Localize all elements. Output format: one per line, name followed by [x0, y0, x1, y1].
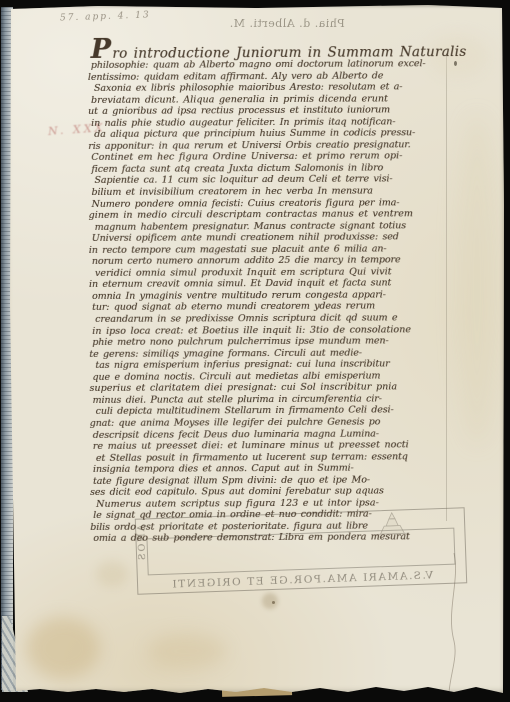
manuscript-scan: 57. app. 4. 13 Phia. d. Alberti. M. N. X…	[0, 0, 510, 702]
foxing-stain	[96, 561, 128, 587]
manuscript-line: omia a deo sub pondere demonstrat: Libra…	[93, 531, 461, 544]
foxing-stain	[148, 633, 226, 669]
manuscript-page: 57. app. 4. 13 Phia. d. Alberti. M. N. X…	[8, 5, 505, 695]
pencil-annotation: 57. app. 4. 13	[60, 10, 151, 23]
bleedthrough-running-title: Phia. d. Alberti. M.	[226, 17, 348, 30]
foxing-stain	[26, 617, 100, 679]
foxing-stain	[262, 593, 278, 609]
manuscript-text-block: Pro introductione Juniorum in Summam Nat…	[91, 46, 462, 545]
foxing-stain	[456, 115, 498, 445]
ink-speck	[272, 601, 275, 604]
